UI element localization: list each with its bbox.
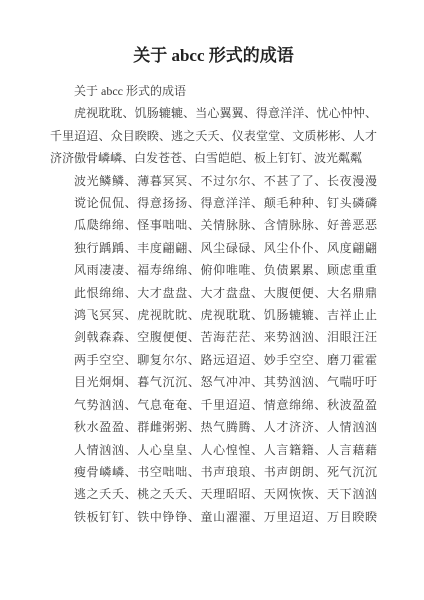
idiom-paragraph: 虎视耽耽、饥肠辘辘、当心翼翼、得意洋洋、忧心忡忡、千里迢迢、众目睽睽、逃之夭夭、… [50, 102, 377, 169]
idiom-line: 两手空空、聊复尔尔、路远迢迢、妙手空空、磨刀霍霍 [50, 349, 377, 371]
idiom-line: 目光炯炯、暮气沉沉、怒气冲冲、其势汹汹、气喘吁吁 [50, 371, 377, 393]
idiom-list: 波光鳞鳞、薄暮冥冥、不过尔尔、不甚了了、长夜漫漫 谠论侃侃、得意扬扬、得意洋洋、… [50, 170, 377, 529]
idiom-line: 气势汹汹、气息奄奄、千里迢迢、情意绵绵、秋波盈盈 [50, 394, 377, 416]
idiom-line: 波光鳞鳞、薄暮冥冥、不过尔尔、不甚了了、长夜漫漫 [50, 170, 377, 192]
idiom-line: 铁板钉钉、铁中铮铮、童山濯濯、万里迢迢、万目睽睽 [50, 506, 377, 528]
page-title: 关于 abcc 形式的成语 [50, 44, 377, 68]
idiom-line: 此恨绵绵、大才盘盘、大才盘盘、大腹便便、大名鼎鼎 [50, 282, 377, 304]
idiom-line: 秋水盈盈、群雌粥粥、热气腾腾、人才济济、人情汹汹 [50, 416, 377, 438]
idiom-line: 剑戟森森、空腹便便、苦海茫茫、来势汹汹、泪眼汪汪 [50, 326, 377, 348]
idiom-line: 逃之夭夭、桃之夭夭、天理昭昭、天网恢恢、天下汹汹 [50, 483, 377, 505]
idiom-line: 人情汹汹、人心皇皇、人心惶惶、人言籍籍、人言藉藉 [50, 439, 377, 461]
idiom-line: 风雨凄凄、福寿绵绵、俯仰唯唯、负债累累、顾虑重重 [50, 259, 377, 281]
idiom-line: 瓜瓞绵绵、怪事咄咄、关情脉脉、含情脉脉、好善恶恶 [50, 214, 377, 236]
intro-line: 关于 abcc 形式的成语 [50, 80, 377, 102]
idiom-line: 独行踽踽、丰度翩翩、风尘碌碌、风尘仆仆、风度翩翩 [50, 237, 377, 259]
idiom-line: 鸿飞冥冥、虎视眈眈、虎视耽耽、饥肠辘辘、吉祥止止 [50, 304, 377, 326]
idiom-line: 谠论侃侃、得意扬扬、得意洋洋、颠毛种种、钉头磷磷 [50, 192, 377, 214]
idiom-line: 瘦骨嶙嶙、书空咄咄、书声琅琅、书声朗朗、死气沉沉 [50, 461, 377, 483]
document-page: 关于 abcc 形式的成语 关于 abcc 形式的成语 虎视耽耽、饥肠辘辘、当心… [0, 0, 424, 600]
